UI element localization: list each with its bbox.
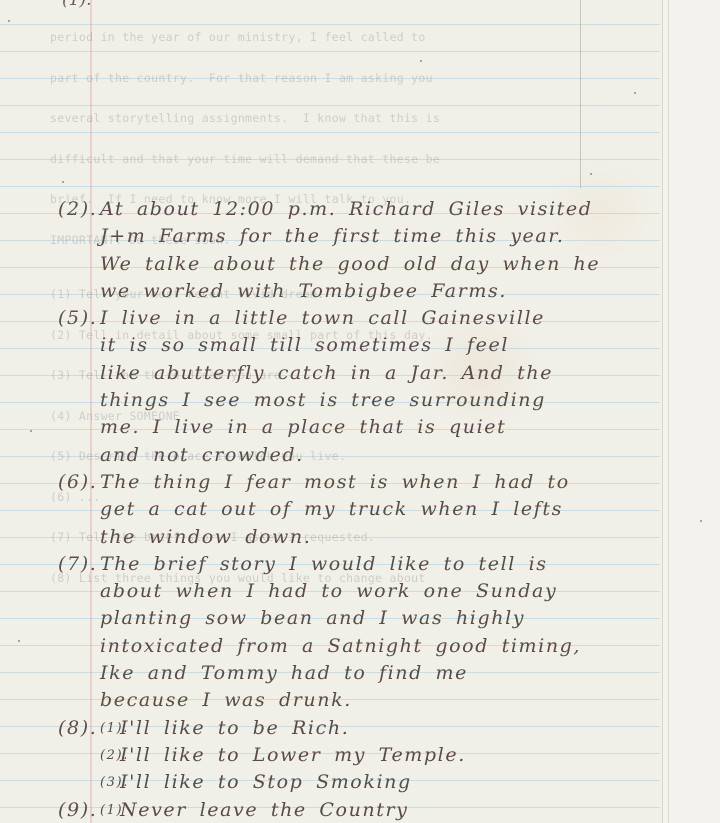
entry-2: (2). At about 12:00 p.m. Richard Giles v…: [58, 196, 618, 305]
text-line: about when I had to work one Sunday: [100, 578, 618, 605]
text-line: we worked with Tombigbee Farms.: [100, 278, 618, 305]
sub-item: (3). I'll like to Stop Smoking: [100, 769, 618, 796]
paper-speck: [62, 181, 64, 183]
text-line: intoxicated from a Satnight good timing,: [100, 633, 618, 660]
notebook-page: period in the year of our ministry, I fe…: [0, 0, 720, 823]
bleed-through-border: [580, 0, 581, 188]
top-item-marker: (1).: [62, 0, 91, 10]
paper-speck: [590, 173, 592, 175]
sub-item-number: (2).: [100, 742, 120, 769]
sub-item-number: (3).: [100, 769, 120, 796]
bleed-line: several storytelling assignments. I know…: [50, 112, 570, 126]
entry-9: (9). (1) Never leave the Country: [58, 797, 618, 823]
page-edge-line: [668, 0, 669, 823]
text-line: and not crowded.: [100, 442, 618, 469]
text-line: it is so small till sometimes I feel: [100, 332, 618, 359]
handwritten-answers: (2). At about 12:00 p.m. Richard Giles v…: [58, 196, 618, 823]
text-line: J+m Farms for the first time this year.: [100, 223, 618, 250]
text-line: We talke about the good old day when he: [100, 251, 618, 278]
bleed-line: period in the year of our ministry, I fe…: [50, 31, 570, 45]
paper-speck: [18, 640, 20, 642]
text-line: At about 12:00 p.m. Richard Giles visite…: [100, 196, 618, 223]
entry-number: (9).: [58, 797, 100, 823]
paper-speck: [700, 520, 702, 522]
entry-number: (7).: [58, 551, 100, 578]
entry-number: (2).: [58, 196, 100, 223]
sub-item-text: I'll like to Stop Smoking: [120, 769, 412, 796]
sub-item: (2). I'll like to Lower my Temple.: [100, 742, 618, 769]
page-edge: [662, 0, 720, 823]
sub-item: (1) Never leave the Country: [100, 797, 618, 823]
text-line: me. I live in a place that is quiet: [100, 414, 618, 441]
text-line: Ike and Tommy had to find me: [100, 660, 618, 687]
entry-7: (7). The brief story I would like to tel…: [58, 551, 618, 715]
text-line: The brief story I would like to tell is: [100, 551, 618, 578]
paper-speck: [30, 430, 32, 432]
entry-8: (8). (1). I'll like to be Rich. (2). I'l…: [58, 715, 618, 797]
paper-speck: [420, 60, 422, 62]
sub-item: (1). I'll like to be Rich.: [100, 715, 618, 742]
entry-number: (8).: [58, 715, 100, 742]
text-line: like abutterfly catch in a Jar. And the: [100, 360, 618, 387]
entry-6: (6). The thing I fear most is when I had…: [58, 469, 618, 551]
text-line: things I see most is tree surrounding: [100, 387, 618, 414]
sub-item-text: I'll like to Lower my Temple.: [120, 742, 466, 769]
entry-number: (5).: [58, 305, 100, 332]
text-line: get a cat out of my truck when I lefts: [100, 496, 618, 523]
entry-number: (6).: [58, 469, 100, 496]
paper-speck: [634, 92, 636, 94]
sub-item-number: (1).: [100, 715, 120, 742]
text-line: I live in a little town call Gainesville: [100, 305, 618, 332]
text-line: the window down.: [100, 524, 618, 551]
text-line: because I was drunk.: [100, 687, 618, 714]
paper-speck: [8, 20, 10, 22]
sub-item-number: (1): [100, 797, 120, 823]
bleed-line: part of the country. For that reason I a…: [50, 72, 570, 86]
sub-item-text: I'll like to be Rich.: [120, 715, 349, 742]
sub-item-text: Never leave the Country: [120, 797, 409, 823]
text-line: The thing I fear most is when I had to: [100, 469, 618, 496]
entry-5: (5). I live in a little town call Gaines…: [58, 305, 618, 469]
bleed-line: difficult and that your time will demand…: [50, 153, 570, 167]
text-line: planting sow bean and I was highly: [100, 605, 618, 632]
